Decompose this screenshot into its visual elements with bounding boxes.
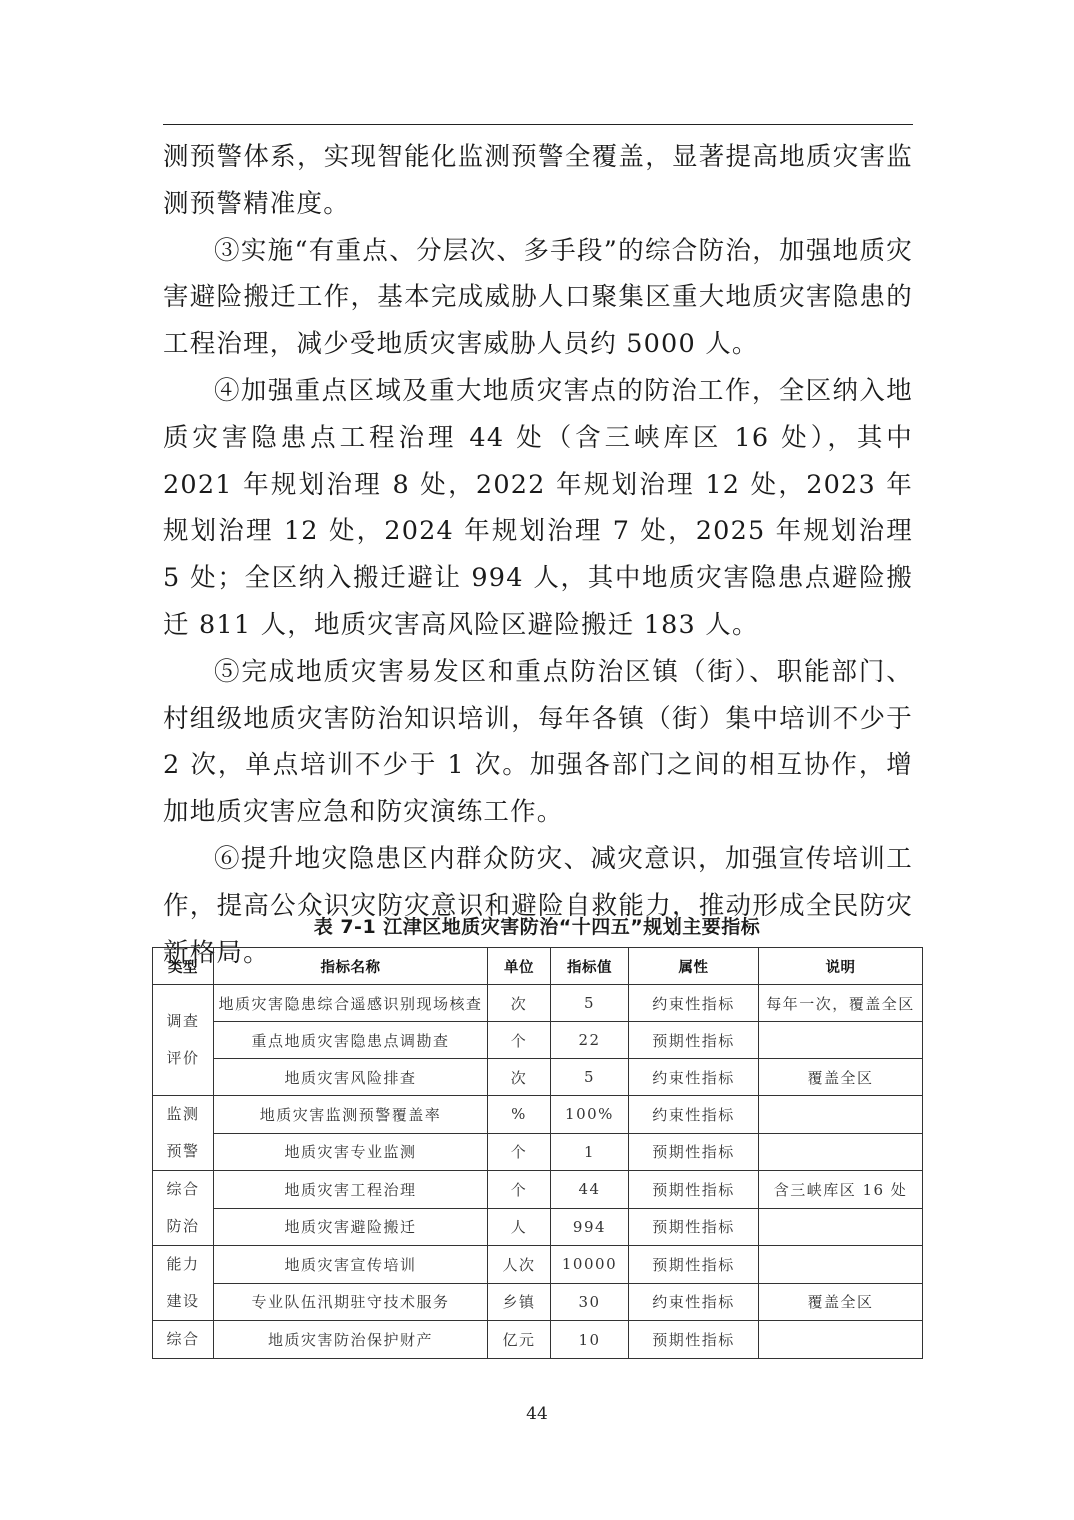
cell-attribute: 预期性指标: [629, 1022, 759, 1059]
cell-indicator-name: 重点地质灾害隐患点调勘查: [214, 1022, 488, 1059]
cell-note: [759, 1096, 923, 1134]
cell-indicator-name: 地质灾害专业监测: [214, 1133, 488, 1171]
cell-note: [759, 1022, 923, 1059]
cell-note: [759, 1246, 923, 1284]
cell-attribute: 预期性指标: [629, 1133, 759, 1171]
cell-note: [759, 1321, 923, 1359]
table-row: 重点地质灾害隐患点调勘查个22预期性指标: [153, 1022, 923, 1059]
table-row: 能力建设地质灾害宣传培训人次10000预期性指标: [153, 1246, 923, 1284]
cell-type: 能力建设: [153, 1246, 214, 1321]
cell-note: 每年一次，覆盖全区: [759, 985, 923, 1022]
body-text: 测预警体系，实现智能化监测预警全覆盖，显著提高地质灾害监测预警精准度。③实施“有…: [163, 134, 913, 976]
table-header-row: 类型 指标名称 单位 指标值 属性 说明: [153, 948, 923, 985]
cell-type: 综合: [153, 1321, 214, 1359]
cell-indicator-name: 地质灾害监测预警覆盖率: [214, 1096, 488, 1134]
table-row: 地质灾害避险搬迁人994预期性指标: [153, 1208, 923, 1246]
header-unit: 单位: [488, 948, 551, 985]
cell-note: 含三峡库区 16 处: [759, 1171, 923, 1209]
page-number: 44: [0, 1404, 1074, 1424]
table-row: 地质灾害风险排查次5约束性指标覆盖全区: [153, 1059, 923, 1096]
cell-type: 综合防治: [153, 1171, 214, 1246]
table-row: 监测预警地质灾害监测预警覆盖率%100%约束性指标: [153, 1096, 923, 1134]
cell-value: 22: [551, 1022, 629, 1059]
cell-note: [759, 1208, 923, 1246]
cell-unit: 亿元: [488, 1321, 551, 1359]
cell-indicator-name: 地质灾害风险排查: [214, 1059, 488, 1096]
cell-unit: 次: [488, 1059, 551, 1096]
cell-unit: %: [488, 1096, 551, 1134]
cell-value: 1: [551, 1133, 629, 1171]
indicators-table: 类型 指标名称 单位 指标值 属性 说明 调查评价地质灾害隐患综合遥感识别现场核…: [152, 947, 923, 1359]
cell-unit: 人: [488, 1208, 551, 1246]
cell-indicator-name: 地质灾害避险搬迁: [214, 1208, 488, 1246]
cell-indicator-name: 地质灾害防治保护财产: [214, 1321, 488, 1359]
cell-value: 5: [551, 985, 629, 1022]
cell-unit: 人次: [488, 1246, 551, 1284]
paragraph: ③实施“有重点、分层次、多手段”的综合防治，加强地质灾害避险搬迁工作，基本完成威…: [163, 228, 913, 368]
cell-attribute: 预期性指标: [629, 1321, 759, 1359]
cell-unit: 个: [488, 1133, 551, 1171]
cell-unit: 次: [488, 985, 551, 1022]
cell-unit: 个: [488, 1022, 551, 1059]
cell-attribute: 约束性指标: [629, 1096, 759, 1134]
table-body: 调查评价地质灾害隐患综合遥感识别现场核查次5约束性指标每年一次，覆盖全区重点地质…: [153, 985, 923, 1359]
cell-indicator-name: 地质灾害隐患综合遥感识别现场核查: [214, 985, 488, 1022]
header-indicator-name: 指标名称: [214, 948, 488, 985]
cell-indicator-name: 地质灾害工程治理: [214, 1171, 488, 1209]
cell-note: 覆盖全区: [759, 1283, 923, 1321]
cell-indicator-name: 地质灾害宣传培训: [214, 1246, 488, 1284]
cell-unit: 个: [488, 1171, 551, 1209]
cell-attribute: 预期性指标: [629, 1208, 759, 1246]
cell-value: 5: [551, 1059, 629, 1096]
cell-attribute: 约束性指标: [629, 1283, 759, 1321]
cell-attribute: 预期性指标: [629, 1246, 759, 1284]
table-row: 专业队伍汛期驻守技术服务乡镇30约束性指标覆盖全区: [153, 1283, 923, 1321]
cell-value: 994: [551, 1208, 629, 1246]
header-attribute: 属性: [629, 948, 759, 985]
cell-indicator-name: 专业队伍汛期驻守技术服务: [214, 1283, 488, 1321]
cell-attribute: 预期性指标: [629, 1171, 759, 1209]
table-row: 综合防治地质灾害工程治理个44预期性指标含三峡库区 16 处: [153, 1171, 923, 1209]
table-row: 地质灾害专业监测个1预期性指标: [153, 1133, 923, 1171]
header-type: 类型: [153, 948, 214, 985]
cell-type: 监测预警: [153, 1096, 214, 1171]
header-value: 指标值: [551, 948, 629, 985]
cell-value: 30: [551, 1283, 629, 1321]
cell-type: 调查评价: [153, 985, 214, 1096]
table-row: 调查评价地质灾害隐患综合遥感识别现场核查次5约束性指标每年一次，覆盖全区: [153, 985, 923, 1022]
header-rule: [163, 124, 913, 125]
cell-value: 10000: [551, 1246, 629, 1284]
cell-value: 100%: [551, 1096, 629, 1134]
table-caption: 表 7-1 江津区地质灾害防治“十四五”规划主要指标: [152, 912, 922, 939]
cell-attribute: 约束性指标: [629, 985, 759, 1022]
cell-note: [759, 1133, 923, 1171]
table-row: 综合地质灾害防治保护财产亿元10预期性指标: [153, 1321, 923, 1359]
paragraph: 测预警体系，实现智能化监测预警全覆盖，显著提高地质灾害监测预警精准度。: [163, 134, 913, 228]
paragraph: ⑤完成地质灾害易发区和重点防治区镇（街）、职能部门、村组级地质灾害防治知识培训，…: [163, 649, 913, 836]
cell-attribute: 约束性指标: [629, 1059, 759, 1096]
cell-value: 44: [551, 1171, 629, 1209]
paragraph: ④加强重点区域及重大地质灾害点的防治工作，全区纳入地质灾害隐患点工程治理 44 …: [163, 368, 913, 649]
cell-value: 10: [551, 1321, 629, 1359]
cell-note: 覆盖全区: [759, 1059, 923, 1096]
header-note: 说明: [759, 948, 923, 985]
cell-unit: 乡镇: [488, 1283, 551, 1321]
